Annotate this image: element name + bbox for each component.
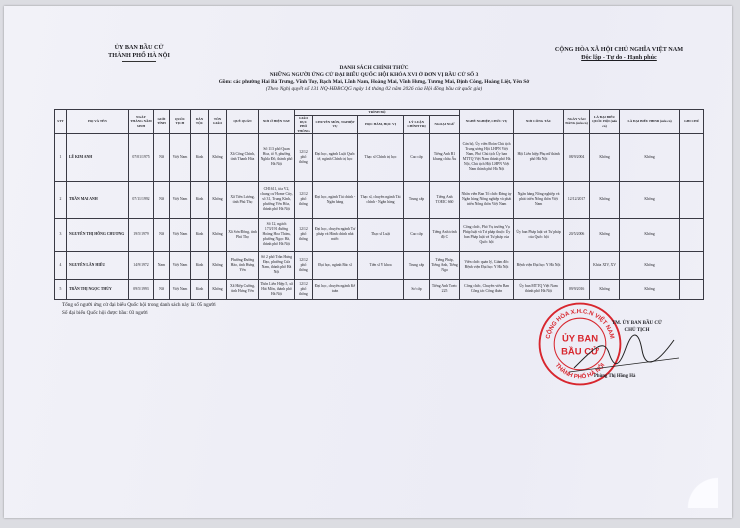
col-na-deputy: LÀ ĐẠI BIỂU QUỐC HỘI (nếu có) [590, 110, 620, 134]
table-row: 1LÊ KIM ANH07/01/1975NữViệt NamKinhKhông… [55, 133, 704, 181]
cell-workplace: Ủy ban Pháp luật và Tư pháp của Quốc hội [514, 218, 564, 251]
cell-hometown: Phường Đường Hào, tỉnh Hưng Yên [227, 251, 259, 279]
page-curl [658, 448, 718, 508]
cell-gender: Nữ [154, 133, 170, 181]
cell-religion: Không [209, 181, 227, 218]
cell-residence: CH1611, tòa V2, chung cư Home City, số 3… [259, 181, 295, 218]
cell-na-deputy: Không [590, 181, 620, 218]
cell-hometown: Xã Hiệp Cường, tỉnh Hưng Yên [227, 279, 259, 299]
title-line1: DANH SÁCH CHÍNH THỨC [174, 65, 574, 72]
cell-religion: Không [209, 133, 227, 181]
cell-degree: Tiến sĩ Y khoa [358, 251, 404, 279]
authority-line2: THÀNH PHỐ HÀ NỘI [74, 52, 204, 60]
cell-note [680, 181, 704, 218]
cell-nationality: Việt Nam [170, 251, 191, 279]
cell-residence: Số 2 phố Trần Hưng Đạo, phường Cửa Nam, … [259, 251, 295, 279]
cell-note [680, 251, 704, 279]
cell-gender: Nữ [154, 218, 170, 251]
cell-ethnicity: Kinh [191, 181, 209, 218]
cell-name: TRẦN THỊ NGỌC THỦY [67, 279, 129, 299]
col-gender: GIỚI TÍNH [154, 110, 170, 134]
cell-nationality: Việt Nam [170, 218, 191, 251]
cell-occupation: Nhân viên Ban Tổ chức Đảng ủy Ngân hàng … [460, 181, 514, 218]
col-party-date: NGÀY VÀO ĐẢNG (nếu có) [564, 110, 590, 134]
country-name: CỘNG HÒA XÃ HỘI CHỦ NGHĨA VIỆT NAM [544, 46, 694, 54]
col-political: LÝ LUẬN CHÍNH TRỊ [404, 116, 430, 134]
cell-stt: 4 [55, 251, 67, 279]
cell-degree: Thạc sĩ Luật [358, 218, 404, 251]
cell-na-deputy: Không [590, 279, 620, 299]
cell-hometown: Xã Công Chính, tỉnh Thanh Hóa [227, 133, 259, 181]
cell-political: Trung cấp [404, 181, 430, 218]
cell-residence: Thôn Liên Hiệp 5, xã Hát Môn, thành phố … [259, 279, 295, 299]
cell-party-date: 09/9/2016 [564, 279, 590, 299]
summary-total: Tổng số người ứng cử đại biểu Quốc hội t… [62, 301, 216, 309]
document-title: DANH SÁCH CHÍNH THỨC NHỮNG NGƯỜI ỨNG CỬ … [174, 65, 574, 93]
cell-gender: Nam [154, 251, 170, 279]
table-row: 4NGUYỄN LÂN HIẾU14/9/1972NamViệt NamKinh… [55, 251, 704, 279]
cell-specialty: Đại học, ngành Bác sĩ [313, 251, 358, 279]
cell-note [680, 218, 704, 251]
cell-note [680, 133, 704, 181]
cell-gender: Nữ [154, 181, 170, 218]
table-row: 2TRẦN MAI ANH07/11/1992NữViệt NamKinhKhô… [55, 181, 704, 218]
cell-general-edu: 12/12 phổ thông [295, 133, 313, 181]
cell-dob: 07/01/1975 [129, 133, 154, 181]
cell-religion: Không [209, 251, 227, 279]
cell-name: TRẦN MAI ANH [67, 181, 129, 218]
cell-workplace: Bệnh viện Đại học Y Hà Nội [514, 251, 564, 279]
col-religion: TÔN GIÁO [209, 110, 227, 134]
cell-political: Trung cấp [404, 251, 430, 279]
cell-ethnicity: Kinh [191, 251, 209, 279]
cell-degree [358, 279, 404, 299]
national-motto: CỘNG HÒA XÃ HỘI CHỦ NGHĨA VIỆT NAM Độc l… [544, 46, 694, 62]
handwritten-signature-icon [564, 328, 684, 378]
cell-name: NGUYỄN THỊ HỒNG CHƯƠNG [67, 218, 129, 251]
cell-language: Tiếng Anh Toeic 225 [430, 279, 460, 299]
cell-nationality: Việt Nam [170, 181, 191, 218]
cell-pc-deputy: Không [620, 279, 680, 299]
authority-line1: ỦY BAN BẦU CỬ [74, 44, 204, 52]
cell-language: Tiếng Anh TOEIC 660 [430, 181, 460, 218]
cell-ethnicity: Kinh [191, 279, 209, 299]
cell-hometown: Xã Sơn Đông, tỉnh Phú Thọ [227, 218, 259, 251]
col-general-edu: GIÁO DỤC PHỔ THÔNG [295, 116, 313, 134]
cell-hometown: Xã Tiên Lương, tỉnh Phú Thọ [227, 181, 259, 218]
divider [122, 61, 156, 62]
title-line4: (Theo Nghị quyết số 131 NQ-HĐBCQG ngày 1… [174, 86, 574, 93]
cell-workplace: Hội Liên hiệp Phụ nữ thành phố Hà Nội [514, 133, 564, 181]
cell-stt: 3 [55, 218, 67, 251]
cell-dob: 07/11/1992 [129, 181, 154, 218]
cell-language: Tiếng Pháp, Tiếng Anh, Tiếng Nga [430, 251, 460, 279]
col-pc-deputy: LÀ ĐẠI BIỂU HĐND (nếu có) [620, 110, 680, 134]
cell-degree: Thạc sĩ, chuyên ngành Tài chính - Ngân h… [358, 181, 404, 218]
cell-political: Cao cấp [404, 133, 430, 181]
table-row: 3NGUYỄN THỊ HỒNG CHƯƠNG19/5/1979NữViệt N… [55, 218, 704, 251]
cell-nationality: Việt Nam [170, 279, 191, 299]
col-hometown: QUÊ QUÁN [227, 110, 259, 134]
sign-org: TM. ỦY BAN BẦU CỬ [582, 320, 692, 327]
cell-name: NGUYỄN LÂN HIẾU [67, 251, 129, 279]
cell-stt: 1 [55, 133, 67, 181]
cell-occupation: Cán bộ, Ủy viên Đoàn Chủ tịch Trung ương… [460, 133, 514, 181]
signer-name: Phùng Thị Hồng Hà [594, 374, 635, 379]
cell-pc-deputy: Không [620, 251, 680, 279]
summary: Tổng số người ứng cử đại biểu Quốc hội t… [62, 301, 216, 317]
col-workplace: NƠI CÔNG TÁC [514, 110, 564, 134]
cell-degree: Thạc sĩ Chính trị học [358, 133, 404, 181]
cell-occupation: Viên chức quản lý, Giám đốc Bệnh viện Đạ… [460, 251, 514, 279]
cell-name: LÊ KIM ANH [67, 133, 129, 181]
cell-party-date: 08/9/2004 [564, 133, 590, 181]
cell-na-deputy: Không [590, 133, 620, 181]
cell-residence: Số 12, ngách 173/191 đường Hoàng Hoa Thá… [259, 218, 295, 251]
cell-occupation: Công chức, Phó Vụ trưởng Vụ Pháp luật và… [460, 218, 514, 251]
cell-ethnicity: Kinh [191, 218, 209, 251]
cell-note [680, 279, 704, 299]
cell-dob: 14/9/1972 [129, 251, 154, 279]
cell-political: Sơ cấp [404, 279, 430, 299]
cell-occupation: Công chức, Chuyên viên Ban Công tác Công… [460, 279, 514, 299]
cell-workplace: Ngân hàng Nông nghiệp và phát triển Nông… [514, 181, 564, 218]
cell-pc-deputy: Không [620, 218, 680, 251]
candidates-table: STT HỌ VÀ TÊN NGÀY THÁNG NĂM SINH GIỚI T… [54, 109, 704, 300]
cell-pc-deputy: Không [620, 133, 680, 181]
cell-political: Cao cấp [404, 218, 430, 251]
cell-general-edu: 12/12 phổ thông [295, 181, 313, 218]
cell-dob: 09/5/1993 [129, 279, 154, 299]
title-line2: NHỮNG NGƯỜI ỨNG CỬ ĐẠI BIỂU QUỐC HỘI KHÓ… [174, 72, 574, 79]
cell-ethnicity: Kinh [191, 133, 209, 181]
col-residence: NƠI Ở HIỆN NAY [259, 110, 295, 134]
col-language: NGOẠI NGỮ [430, 116, 460, 134]
cell-general-edu: 12/12 phổ thông [295, 279, 313, 299]
table-row: 5TRẦN THỊ NGỌC THỦY09/5/1993NữViệt NamKi… [55, 279, 704, 299]
cell-residence: Số 113 phố Quan Hoa, tổ 9, phường Nghĩa … [259, 133, 295, 181]
cell-general-edu: 12/12 phổ thông [295, 218, 313, 251]
cell-religion: Không [209, 218, 227, 251]
col-specialty: CHUYÊN MÔN, NGHIỆP VỤ [313, 116, 358, 134]
col-degree: HỌC HÀM, HỌC VỊ [358, 116, 404, 134]
cell-language: Tiếng Anh B1 khung châu Âu [430, 133, 460, 181]
title-line3: Gồm: các phường Hai Bà Trưng, Vĩnh Tuy, … [174, 79, 574, 86]
cell-specialty: Đại học, ngành Luật Quốc tế, ngành Chính… [313, 133, 358, 181]
cell-pc-deputy: Không [620, 181, 680, 218]
cell-na-deputy: Không [590, 218, 620, 251]
col-note: GHI CHÚ [680, 110, 704, 134]
cell-na-deputy: Khóa XIV, XV [590, 251, 620, 279]
col-stt: STT [55, 110, 67, 134]
issuing-authority: ỦY BAN BẦU CỬ THÀNH PHỐ HÀ NỘI [74, 44, 204, 62]
col-occupation: NGHỀ NGHIỆP, CHỨC VỤ [460, 110, 514, 134]
cell-specialty: Đại học, chuyên ngành Kế toán [313, 279, 358, 299]
cell-workplace: Ủy ban MTTQ Việt Nam thành phố Hà Nội [514, 279, 564, 299]
cell-specialty: Đại học, chuyên ngành Tư pháp và Hành ch… [313, 218, 358, 251]
cell-party-date [564, 251, 590, 279]
motto: Độc lập - Tự do - Hạnh phúc [544, 54, 694, 62]
cell-party-date: 12/12/2017 [564, 181, 590, 218]
col-nationality: QUỐC TỊCH [170, 110, 191, 134]
col-ethnicity: DÂN TỘC [191, 110, 209, 134]
cell-party-date: 20/5/2006 [564, 218, 590, 251]
cell-stt: 2 [55, 181, 67, 218]
cell-dob: 19/5/1979 [129, 218, 154, 251]
cell-stt: 5 [55, 279, 67, 299]
cell-specialty: Đại học, ngành Tài chính - Ngân hàng [313, 181, 358, 218]
cell-language: Tiếng Anh trình độ C [430, 218, 460, 251]
cell-general-edu: 12/12 phổ thông [295, 251, 313, 279]
summary-elected: Số đại biểu Quốc hội được bầu: 03 người [62, 309, 216, 317]
col-dob: NGÀY THÁNG NĂM SINH [129, 110, 154, 134]
col-name: HỌ VÀ TÊN [67, 110, 129, 134]
cell-religion: Không [209, 279, 227, 299]
cell-nationality: Việt Nam [170, 133, 191, 181]
document-page: ỦY BAN BẦU CỬ THÀNH PHỐ HÀ NỘI CỘNG HÒA … [4, 6, 732, 518]
cell-gender: Nữ [154, 279, 170, 299]
